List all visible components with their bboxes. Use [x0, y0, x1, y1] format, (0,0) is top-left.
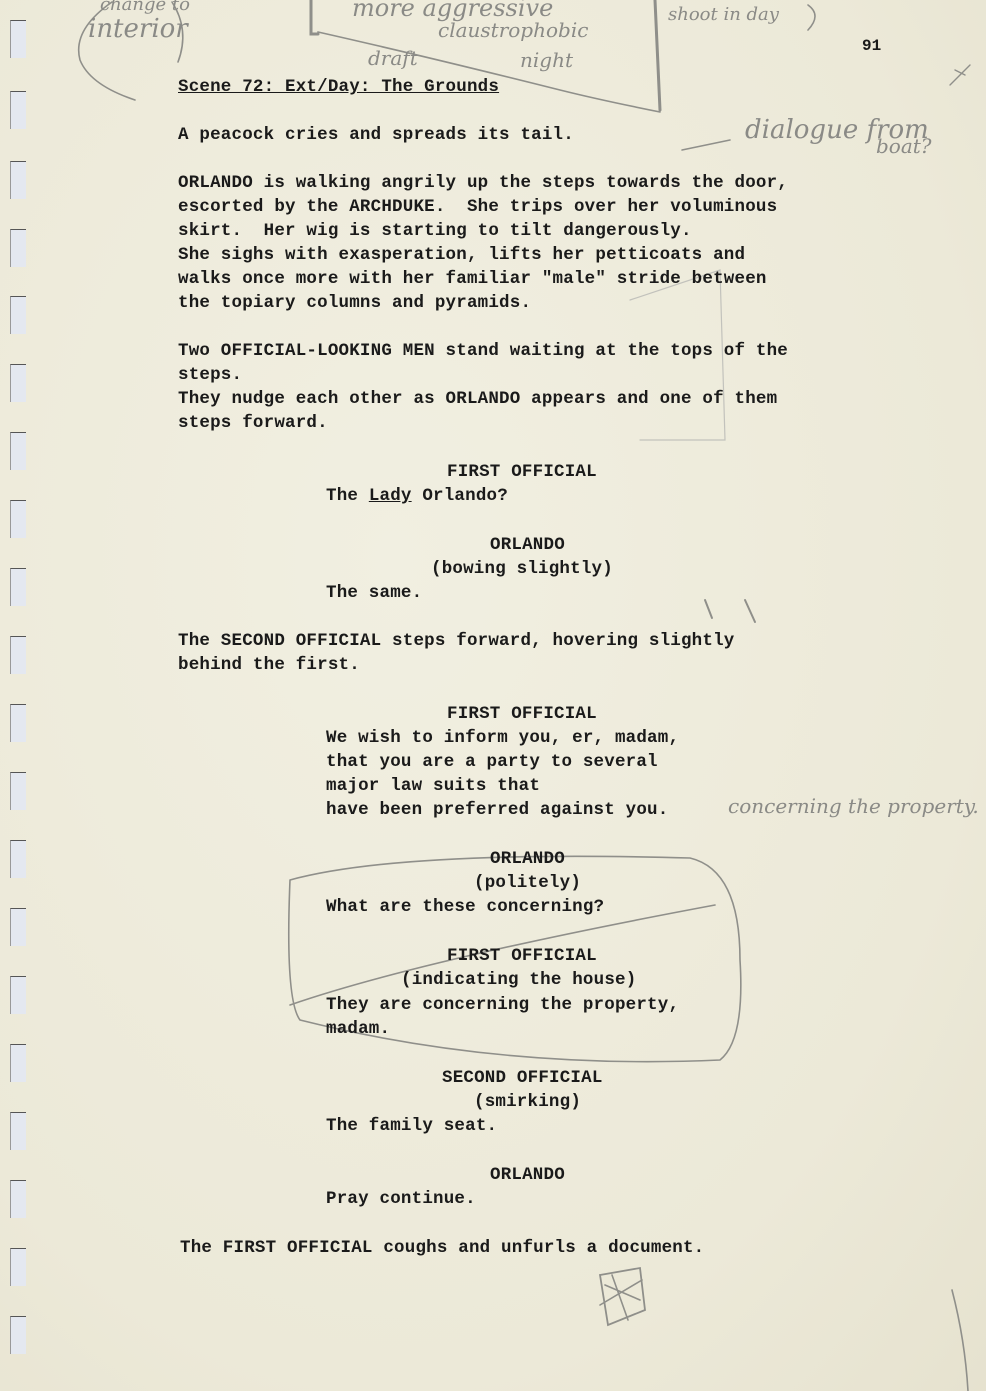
annotation-interior: interior	[88, 14, 188, 44]
character-orlando: ORLANDO	[490, 1163, 565, 1187]
dialogue-line: The Lady Orlando?	[326, 484, 508, 508]
parenthetical: (indicating the house)	[401, 968, 636, 992]
dialogue-line: The same.	[326, 581, 422, 605]
character-first-official: FIRST OFFICIAL	[447, 944, 597, 968]
action-line: Two OFFICIAL-LOOKING MEN stand waiting a…	[178, 339, 788, 363]
page-number: 91	[862, 37, 881, 55]
action-line: behind the first.	[178, 653, 360, 677]
action-line: steps.	[178, 363, 242, 387]
annotation-concerning-property: concerning the property.	[728, 794, 979, 818]
character-orlando: ORLANDO	[490, 847, 565, 871]
dialogue-line: madam.	[326, 1017, 390, 1041]
action-line: The SECOND OFFICIAL steps forward, hover…	[178, 629, 735, 653]
dialogue-line: major law suits that	[326, 774, 540, 798]
character-first-official: FIRST OFFICIAL	[447, 460, 597, 484]
action-line: She sighs with exasperation, lifts her p…	[178, 243, 745, 267]
dialogue-line: We wish to inform you, er, madam,	[326, 726, 679, 750]
action-line: the topiary columns and pyramids.	[178, 291, 531, 315]
script-page: change to interior more aggressive claus…	[0, 0, 986, 1391]
action-line: ORLANDO is walking angrily up the steps …	[178, 171, 788, 195]
annotation-claustrophobic: claustrophobic	[438, 18, 588, 42]
action-line: skirt. Her wig is starting to tilt dange…	[178, 219, 692, 243]
dialogue-line: They are concerning the property,	[326, 993, 679, 1017]
character-first-official: FIRST OFFICIAL	[447, 702, 597, 726]
annotation-night: night	[520, 48, 573, 72]
dialogue-line: that you are a party to several	[326, 750, 658, 774]
parenthetical: (politely)	[474, 871, 581, 895]
dialogue-line: What are these concerning?	[326, 895, 604, 919]
action-line: steps forward.	[178, 411, 328, 435]
annotation-boat: boat?	[876, 134, 932, 158]
character-second-official: SECOND OFFICIAL	[442, 1066, 603, 1090]
dialogue-line: Pray continue.	[326, 1187, 476, 1211]
action-first-official-coughs: The FIRST OFFICIAL coughs and unfurls a …	[180, 1236, 704, 1260]
annotation-change-to: change to	[100, 0, 190, 15]
annotation-draft: draft	[368, 46, 418, 70]
action-line: escorted by the ARCHDUKE. She trips over…	[178, 195, 777, 219]
dialogue-line: have been preferred against you.	[326, 798, 668, 822]
dialogue-line: The family seat.	[326, 1114, 497, 1138]
parenthetical: (bowing slightly)	[431, 557, 613, 581]
scene-heading: Scene 72: Ext/Day: The Grounds	[178, 75, 499, 99]
action-line: walks once more with her familiar "male"…	[178, 267, 767, 291]
annotation-shoot-in-day: shoot in day	[668, 4, 779, 25]
parenthetical: (smirking)	[474, 1090, 581, 1114]
action-line: They nudge each other as ORLANDO appears…	[178, 387, 777, 411]
character-orlando: ORLANDO	[490, 533, 565, 557]
action-peacock: A peacock cries and spreads its tail.	[178, 123, 574, 147]
